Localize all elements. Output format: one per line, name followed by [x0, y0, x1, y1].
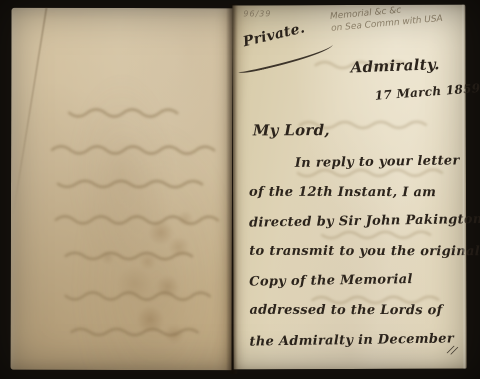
- paper-stains: [11, 8, 233, 371]
- left-page: [11, 8, 233, 371]
- letter-line: to transmit to you the original: [249, 244, 461, 274]
- docket-note-pencil: Memorial &c &c on Sea Commn with USA: [330, 1, 444, 35]
- letter-body: In reply to your letter of the 12th Inst…: [249, 155, 462, 363]
- letter-line: In reply to your letter: [249, 153, 461, 186]
- letter-date: 17 March 1859.: [374, 81, 480, 103]
- archive-reference-pencil: 96/39: [243, 9, 271, 18]
- scanned-letter-photograph: 96/39 Memorial &c &c on Sea Commn with U…: [0, 0, 480, 379]
- letter-line: Copy of the Memorial: [249, 272, 461, 305]
- letter-line: addressed to the Lords of: [249, 303, 461, 333]
- letter-line: of the 12th Instant, I am: [249, 184, 461, 214]
- private-marking: Private.: [241, 20, 306, 50]
- letter-salutation: My Lord,: [253, 121, 330, 139]
- letter-line: the Admiralty in December: [249, 331, 461, 364]
- letter-place: Admiralty.: [350, 55, 440, 76]
- letter-line: directed by Sir John Pakington: [249, 213, 461, 246]
- right-page: 96/39 Memorial &c &c on Sea Commn with U…: [232, 5, 466, 370]
